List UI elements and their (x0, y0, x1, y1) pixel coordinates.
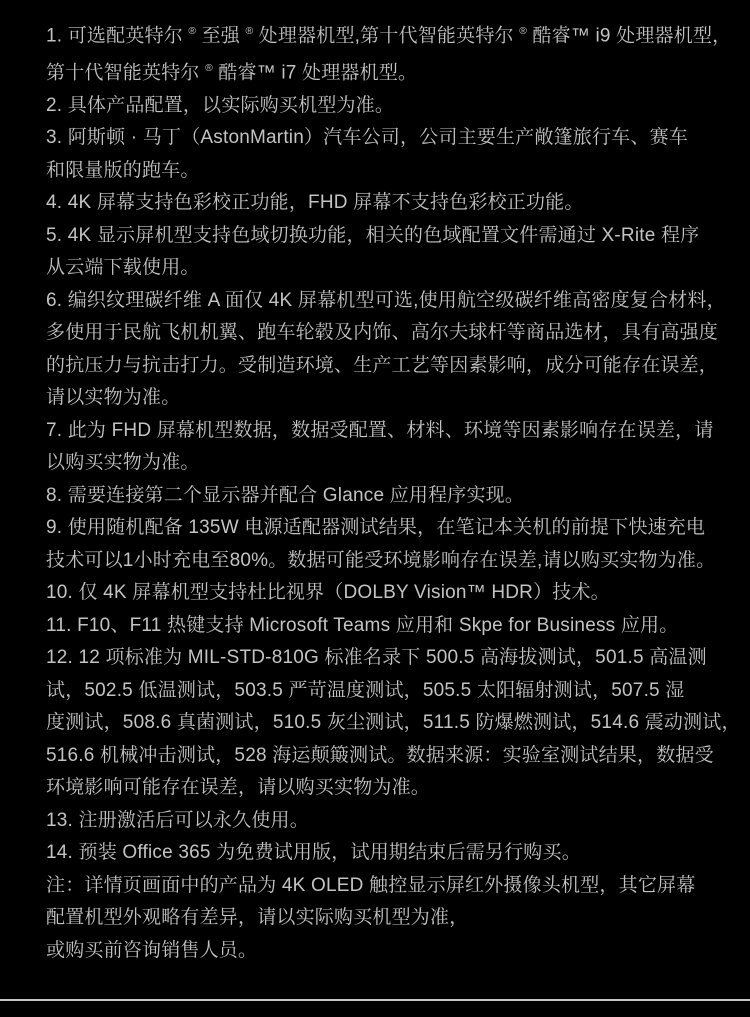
footnote-line: 多使用于民航飞机机翼、跑车轮毂及内饰、高尔夫球杆等商品选材，具有高强度 (46, 317, 712, 350)
footnote-line: 8. 需要连接第二个显示器并配合 Glance 应用程序实现。 (46, 480, 712, 513)
bottom-divider (0, 999, 750, 1001)
footnote-line: 6. 编织纹理碳纤维 A 面仅 4K 屏幕机型可选,使用航空级碳纤维高密度复合材… (46, 285, 712, 318)
footnote-line: 3. 阿斯顿 · 马丁（AstonMartin）汽车公司，公司主要生产敞篷旅行车… (46, 122, 712, 155)
footnote-line: 配置机型外观略有差异，请以实际购买机型为准， (46, 902, 712, 935)
footnote-line: 以购买实物为准。 (46, 447, 712, 480)
product-footnotes-page: 1. 可选配英特尔 ® 至强 ® 处理器机型,第十代智能英特尔 ® 酷睿™ i9… (0, 0, 750, 1017)
footnote-line: 9. 使用随机配备 135W 电源适配器测试结果，在笔记本关机的前提下快速充电 (46, 512, 712, 545)
footnote-line: 注：详情页画面中的产品为 4K OLED 触控显示屏红外摄像头机型，其它屏幕 (46, 870, 712, 903)
footnote-line: 13. 注册激活后可以永久使用。 (46, 805, 712, 838)
footnote-line: 5. 4K 显示屏机型支持色域切换功能，相关的色域配置文件需通过 X-Rite … (46, 220, 712, 253)
footnote-line: 试，502.5 低温测试，503.5 严苛温度测试，505.5 太阳辐射测试，5… (46, 675, 712, 708)
footnote-line: 7. 此为 FHD 屏幕机型数据，数据受配置、材料、环境等因素影响存在误差，请 (46, 415, 712, 448)
footnote-line: 或购买前咨询销售人员。 (46, 935, 712, 968)
footnote-line: 12. 12 项标准为 MIL-STD-810G 标准名录下 500.5 高海拔… (46, 642, 712, 675)
footnote-line: 11. F10、F11 热键支持 Microsoft Teams 应用和 Skp… (46, 610, 712, 643)
footnote-line: 1. 可选配英特尔 ® 至强 ® 处理器机型,第十代智能英特尔 ® 酷睿™ i9… (46, 16, 712, 53)
footnote-line: 技术可以1小时充电至80%。数据可能受环境影响存在误差,请以购买实物为准。 (46, 545, 712, 578)
footnote-line: 环境影响可能存在误差，请以购买实物为准。 (46, 772, 712, 805)
footnote-line: 请以实物为准。 (46, 382, 712, 415)
footnote-line: 4. 4K 屏幕支持色彩校正功能，FHD 屏幕不支持色彩校正功能。 (46, 187, 712, 220)
footnote-line: 的抗压力与抗击打力。受制造环境、生产工艺等因素影响，成分可能存在误差， (46, 350, 712, 383)
footnote-line: 从云端下载使用。 (46, 252, 712, 285)
footnote-line: 10. 仅 4K 屏幕机型支持杜比视界（DOLBY Vision™ HDR）技术… (46, 577, 712, 610)
footnote-line: 和限量版的跑车。 (46, 155, 712, 188)
footnote-line: 第十代智能英特尔 ® 酷睿™ i7 处理器机型。 (46, 53, 712, 90)
footnote-line: 2. 具体产品配置，以实际购买机型为准。 (46, 90, 712, 123)
footnote-line: 516.6 机械冲击测试，528 海运颠簸测试。数据来源：实验室测试结果，数据受 (46, 740, 712, 773)
footnotes-section: 1. 可选配英特尔 ® 至强 ® 处理器机型,第十代智能英特尔 ® 酷睿™ i9… (0, 0, 750, 967)
footnote-line: 度测试，508.6 真菌测试，510.5 灰尘测试，511.5 防爆燃测试，51… (46, 707, 712, 740)
footnote-line: 14. 预装 Office 365 为免费试用版，试用期结束后需另行购买。 (46, 837, 712, 870)
